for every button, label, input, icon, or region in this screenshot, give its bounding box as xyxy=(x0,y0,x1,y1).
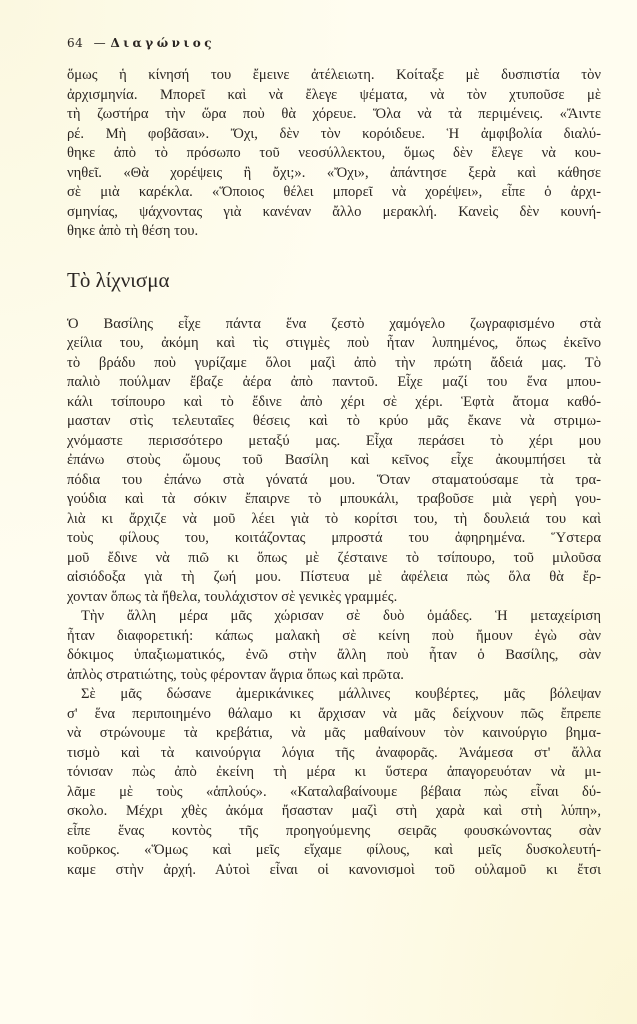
text-line: θηκε ἀπὸ τὸ πρόσωπο τοῦ νεοσύλλεκτου, ὅμ… xyxy=(67,144,601,163)
text-line: κοῦρκος. «Ὅμως καὶ μεῖς εἴχαμε φίλους, κ… xyxy=(67,841,601,860)
text-line: μασταν στὶς τελευταῖες θέσεις καὶ τὸ κρύ… xyxy=(67,412,601,431)
text-line: καμε στὴν ἀρχή. Αὐτοὶ εἶναι οἱ κανονισμο… xyxy=(67,861,601,880)
text-line: χείλια του, ἀκόμη καὶ τὶς στιγμὲς ποὺ ἦτ… xyxy=(67,334,601,353)
text-line: τόνισαν πὼς ἀπὸ ἐκείνη τὴ μέρα κι ὕστερα… xyxy=(67,763,601,782)
text-line: σμηνίας, ψάχνοντας γιὰ κανέναν ἄλλο μερα… xyxy=(67,203,601,222)
running-head-title: Διαγώνιος xyxy=(110,36,215,50)
text-line: λιὰ κι ἄρχιζε νὰ μοῦ λέει γιὰ τὸ κορίτσι… xyxy=(67,510,601,529)
book-page: 64 — Διαγώνιος ὅμως ἡ κίνησή του ἔμεινε … xyxy=(0,0,637,1024)
text-line: ρέ. Μὴ φοβᾶσαι». Ὄχι, δὲν τὸν κορόιδευε.… xyxy=(67,125,601,144)
text-line: θηκε ἀπὸ τὴ θέση του. xyxy=(67,222,601,241)
text-line: τοὺς φίλους του, κοιτάζοντας μπροστά του… xyxy=(67,529,601,548)
page-number: 64 xyxy=(67,36,83,50)
text-line: τὸ βράδυ ποὺ γυρίζαμε ὅλοι μαζὶ ἀπὸ τὴν … xyxy=(67,354,601,373)
text-line: Τὴν ἄλλη μέρα μᾶς χώρισαν σὲ δυὸ ὁμάδες.… xyxy=(67,607,601,626)
text-line: εἶπε ἕνας κοντὸς τῆς προηγούμενης σειρᾶς… xyxy=(67,822,601,841)
text-line: Σὲ μᾶς δώσανε ἀμερικάνικες μάλλινες κουβ… xyxy=(67,685,601,704)
text-line: λᾶμε μὲ τοὺς «ἁπλούς». «Καταλαβαίνουμε β… xyxy=(67,783,601,802)
text-line: σὲ μιὰ καρέκλα. «Ὅποιος θέλει μπορεῖ νὰ … xyxy=(67,183,601,202)
text-line: αἰσιόδοξα γιὰ τὴ ζωή μου. Πίστευα μὲ ἀφέ… xyxy=(67,568,601,587)
text-line: μοῦ ἔδινε νὰ πιῶ κι ὅπως μὲ ζέσταινε τὸ … xyxy=(67,549,601,568)
running-head-dash: — xyxy=(94,36,107,50)
text-line: κάλι τσίπουρο καὶ τὸ ἔδινε ἀπὸ χέρι σὲ χ… xyxy=(67,393,601,412)
section-heading: Τὸ λίχνισμα xyxy=(67,268,169,293)
text-line: τισμὸ καὶ τὰ καινούργια λόγια τῆς ἀναφορ… xyxy=(67,744,601,763)
text-line: Ὁ Βασίλης εἶχε πάντα ἕνα ζεστὸ χαμόγελο … xyxy=(67,315,601,334)
text-line: νηθεῖ. «Θὰ χορέψεις ἢ ὄχι;». «Ὄχι», ἀπάν… xyxy=(67,164,601,183)
text-line: ἀρχισμηνία. Μπορεῖ καὶ νὰ ἔλεγε ψέματα, … xyxy=(67,86,601,105)
running-head: 64 — Διαγώνιος xyxy=(67,36,215,50)
text-line: ἐπάνω στοὺς ὤμους τοῦ Βασίλη καὶ κεῖνος … xyxy=(67,451,601,470)
text-line: χνόμαστε περισσότερο μεταξύ μας. Εἶχα πε… xyxy=(67,432,601,451)
text-line: σ' ἕνα περιποιημένο θάλαμο κι ἄρχισαν νὰ… xyxy=(67,705,601,724)
text-line: ἁπλὸς στρατιώτης, τοὺς φέρονταν ἄγρια ὅπ… xyxy=(67,666,601,685)
text-line: σκολο. Μέχρι χθὲς ἀκόμα ἤσασταν μαζὶ στὴ… xyxy=(67,802,601,821)
text-line: ὅμως ἡ κίνησή του ἔμεινε ἀτέλειωτη. Κοίτ… xyxy=(67,66,601,85)
text-line: ἦταν διαφορετική: κάπως μαλακὴ σὲ κείνη … xyxy=(67,627,601,646)
text-line: τὴ ζωστήρα τὴν ὥρα ποὺ θὰ χόρευε. Ὅλα νὰ… xyxy=(67,105,601,124)
text-line: χονταν ὅπως τὰ ἤθελα, τουλάχιστον σὲ γεν… xyxy=(67,588,601,607)
text-line: παλιὸ πούλμαν ἔβαζε ἀέρα ἀπὸ παντοῦ. Εἶχ… xyxy=(67,373,601,392)
text-line: νὰ στρώνουμε τὰ κρεβάτια, νὰ μᾶς μαθαίνο… xyxy=(67,724,601,743)
text-line: γούδια καὶ τὰ σόκιν ἔπαιρνε τὸ μπουκάλι,… xyxy=(67,490,601,509)
text-line: δόκιμος ὑπαξιωματικός, ἐνῶ στὴν ἄλλη ποὺ… xyxy=(67,646,601,665)
text-line: πόδια του ἐπάνω στὰ γόνατά μου. Ὅταν στα… xyxy=(67,471,601,490)
